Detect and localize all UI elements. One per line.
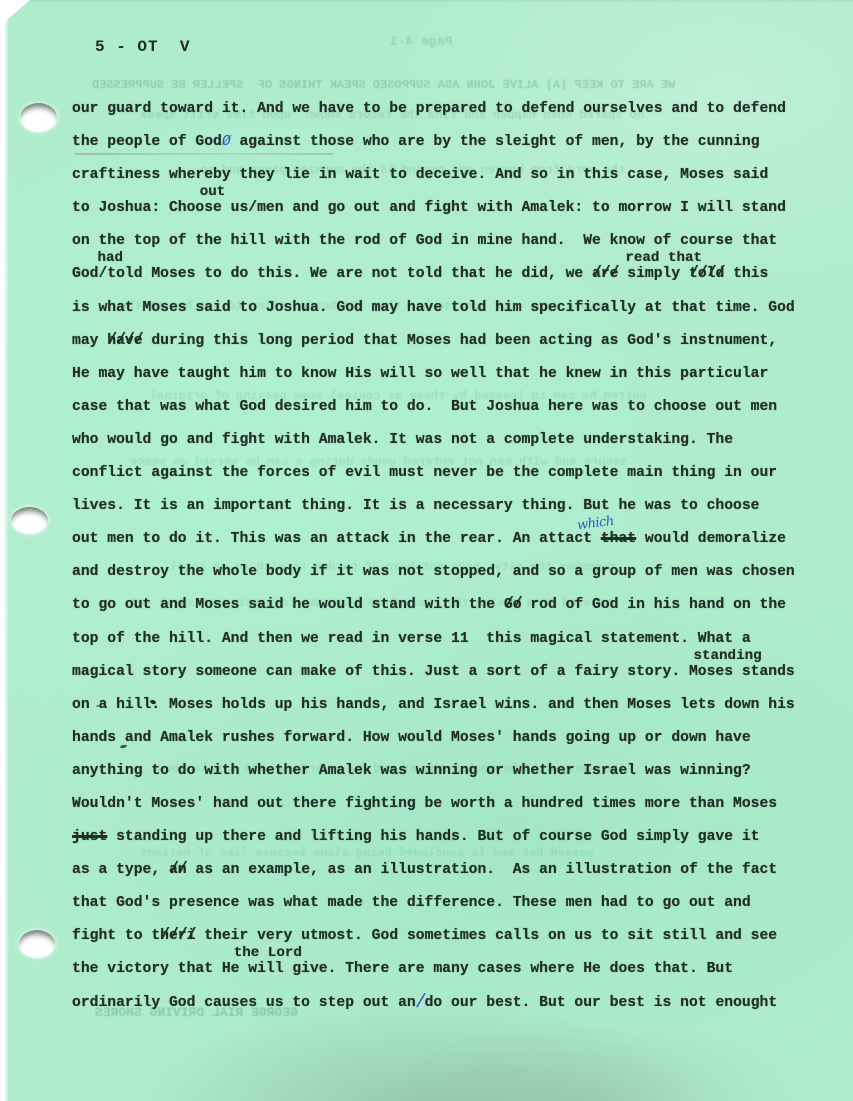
- typed-line: whichout men to do it. This was an attac…: [72, 531, 832, 564]
- typed-text: on a hill. Moses holds up his hands, and…: [72, 697, 795, 713]
- typed-line: fight to theri their very utmost. God so…: [72, 928, 832, 961]
- scan-corner: [0, 0, 30, 26]
- typed-line: on the top of the hill with the rod of G…: [72, 233, 832, 266]
- struck-text: an: [169, 862, 187, 878]
- typed-text: out men to do it. This was an attack in …: [72, 531, 601, 547]
- punch-hole: [11, 507, 48, 534]
- struck-text: are: [592, 266, 618, 282]
- typed-text: He may have taught him to know His will …: [72, 366, 768, 382]
- typed-line: case that was what God desired him to do…: [72, 399, 832, 432]
- bleed-through-text: Page 4-1: [390, 34, 452, 49]
- typed-body: our guard toward it. And we have to be p…: [72, 101, 832, 1028]
- typed-text: our guard toward it. And we have to be p…: [72, 101, 786, 117]
- typed-text: to go out and Moses said he would stand …: [72, 597, 504, 613]
- typed-line: standingmagical story someone can make o…: [72, 664, 832, 697]
- typed-text: would demoralize: [636, 531, 786, 547]
- struck-text: just: [72, 829, 107, 845]
- typed-line: Wouldn't Moses' hand out there fighting …: [72, 796, 832, 829]
- typed-text: is what Moses said to Joshua. God may ha…: [72, 300, 795, 316]
- typed-line: who would go and fight with Amalek. It w…: [72, 432, 832, 465]
- struck-text: that: [601, 531, 636, 547]
- typed-text: and destroy the whole body if it was not…: [72, 564, 795, 580]
- inserted-correction: standing: [694, 648, 762, 664]
- typed-text: conflict against the forces of evil must…: [72, 465, 777, 481]
- typed-text: as an example, as an illustration. As an…: [187, 862, 778, 878]
- typed-text: may: [72, 333, 107, 349]
- typed-line: is what Moses said to Joshua. God may ha…: [72, 300, 832, 333]
- struck-text: told: [689, 266, 724, 282]
- typed-line: the people of GodØ against those who are…: [72, 134, 832, 167]
- struck-text: have: [107, 333, 142, 349]
- struck-text: heri: [160, 928, 195, 944]
- typed-text: rod of God in his hand on the: [522, 597, 786, 613]
- typed-text: top of the hill. And then we read in ver…: [72, 631, 751, 647]
- page-number-heading: 5 - OT V: [95, 38, 190, 56]
- typed-line: and destroy the whole body if it was not…: [72, 564, 832, 597]
- typed-text: this: [724, 266, 768, 282]
- typed-text: lives. It is an important thing. It is a…: [72, 498, 760, 514]
- typed-text: hands and Amalek rushes forward. How wou…: [72, 730, 751, 746]
- handwritten-annotation: Ø: [222, 134, 231, 150]
- typed-text: the victory that He will give. There are…: [72, 961, 733, 977]
- typed-line: our guard toward it. And we have to be p…: [72, 101, 832, 134]
- typed-text: as a type,: [72, 862, 169, 878]
- typed-text: against those who are by the sleight of …: [231, 134, 760, 150]
- inserted-correction: out: [200, 184, 226, 200]
- typed-line: may have during this long period that Mo…: [72, 333, 832, 366]
- typed-line: lives. It is an important thing. It is a…: [72, 498, 832, 531]
- typed-text: fight to t: [72, 928, 160, 944]
- typed-text: standing up there and lifting his hands.…: [107, 829, 759, 845]
- typed-line: just standing up there and lifting his h…: [72, 829, 832, 862]
- typed-text: magical story someone can make of this. …: [72, 664, 795, 680]
- inserted-correction: had: [98, 250, 124, 266]
- typed-line: that God's presence was what made the di…: [72, 895, 832, 928]
- typed-line: on a hill. Moses holds up his hands, and…: [72, 697, 832, 730]
- typed-text: ordinarily God causes us to step out an: [72, 995, 416, 1011]
- scanned-page: Page 4-1WE ARE TO KEEP (A) ALIVE JOHN AD…: [0, 0, 853, 1101]
- typed-line: anything to do with whether Amalek was w…: [72, 763, 832, 796]
- typed-text: the people of God: [72, 134, 222, 150]
- typed-text: during this long period that Moses had b…: [143, 333, 778, 349]
- typed-text: on the top of the hill with the rod of G…: [72, 233, 777, 249]
- typed-text: who would go and fight with Amalek. It w…: [72, 432, 733, 448]
- typed-text: anything to do with whether Amalek was w…: [72, 763, 751, 779]
- typed-text: to Joshua: Choose us/men and go out and …: [72, 200, 786, 216]
- typed-line: to go out and Moses said he would stand …: [72, 597, 832, 630]
- typed-line: hadread thatGod/told Moses to do this. W…: [72, 266, 832, 299]
- typed-text: their very utmost. God sometimes calls o…: [195, 928, 777, 944]
- punch-hole: [19, 930, 55, 958]
- typed-line: outto Joshua: Choose us/men and go out a…: [72, 200, 832, 233]
- typed-line: He may have taught him to know His will …: [72, 366, 832, 399]
- typed-line: ordinarily God causes us to step out an/…: [72, 995, 832, 1028]
- typed-text: Wouldn't Moses' hand out there fighting …: [72, 796, 777, 812]
- bleed-through-text: WE ARE TO KEEP (A) ALIVE JOHN ADA SUPPOS…: [92, 78, 675, 92]
- inserted-correction: the Lord: [234, 945, 302, 961]
- typed-text: craftiness whereby they lie in wait to d…: [72, 167, 768, 183]
- typed-line: the Lordthe victory that He will give. T…: [72, 961, 832, 994]
- typed-text: do our best. But our best is not enought: [425, 995, 778, 1011]
- inserted-correction: read that: [625, 250, 702, 266]
- typed-text: that God's presence was what made the di…: [72, 895, 751, 911]
- typed-line: craftiness whereby they lie in wait to d…: [72, 167, 832, 200]
- typed-text: God/told Moses to do this. We are not to…: [72, 266, 592, 282]
- typed-text: case that was what God desired him to do…: [72, 399, 777, 415]
- punch-hole: [20, 103, 57, 132]
- typed-line: conflict against the forces of evil must…: [72, 465, 832, 498]
- struck-text: Go: [504, 597, 522, 613]
- typed-text: simply: [618, 266, 689, 282]
- typed-line: hands and Amalek rushes forward. How wou…: [72, 730, 832, 763]
- typed-line: as a type, an as an example, as an illus…: [72, 862, 832, 895]
